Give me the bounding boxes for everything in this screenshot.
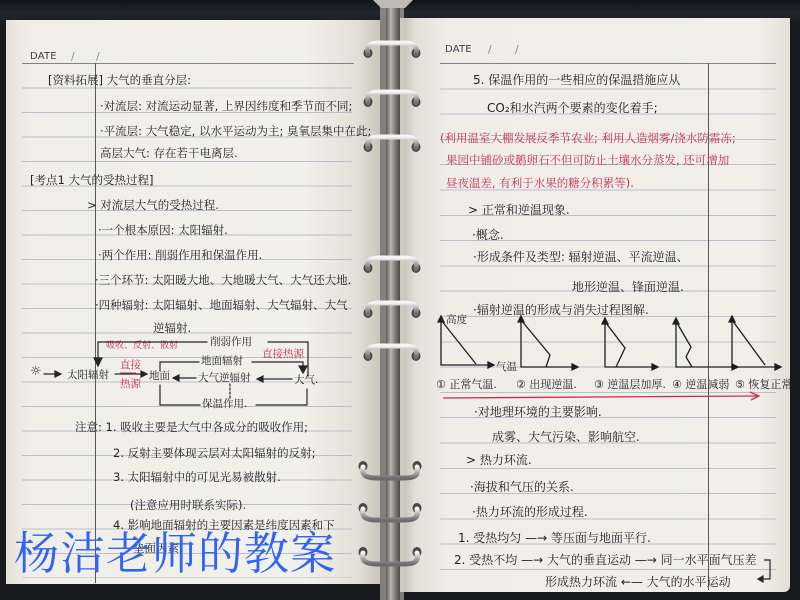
- note-line: 2. 受热不均 —→ 大气的垂直运动 —→ 同一水平面气压差: [454, 553, 757, 567]
- note-line-subheading: > 热力环流.: [466, 453, 532, 467]
- left-date-label: DATE: [30, 51, 57, 62]
- note-line: ·对流层: 对流运动显著, 上界因纬度和季节而不同;: [100, 99, 352, 113]
- note-line: ·海拔和气压的关系.: [470, 480, 574, 494]
- note-line: ·两个作用: 削弱作用和保温作用.: [98, 248, 262, 262]
- diagram-label-direct-heat-source: 直接热源: [262, 348, 304, 360]
- right-date-line: [440, 63, 776, 64]
- right-date-separator: /: [515, 43, 519, 56]
- red-note-line: 昼夜温差, 有利于水果的糖分积累等).: [446, 176, 634, 190]
- note-line-section-title: [资料拓展] 大气的垂直分层:: [48, 73, 191, 87]
- note-line: ·四种辐射: 太阳辐射、地面辐射、大气辐射、大气: [95, 298, 348, 312]
- left-date-separator: /: [71, 50, 75, 63]
- note-line: 形成热力环流 ←— 大气的水平运动: [545, 575, 731, 589]
- chart-stage-label: ⑤ 恢复正常.: [735, 378, 796, 392]
- note-line: ·对地理环境的主要影响.: [474, 405, 602, 419]
- note-line-attention: 注意: 1. 吸收主要是大气中各成分的吸收作用;: [75, 420, 308, 434]
- diagram-label-atmosphere: 大气.: [294, 374, 318, 386]
- right-date-separator: /: [488, 43, 492, 56]
- diagram-label-solar-radiation: 太阳辐射: [67, 369, 109, 381]
- red-note-line: (利用温室大棚发展反季节农业; 利用人造烟雾/浇水防霜冻;: [440, 131, 736, 145]
- watermark-text: 杨洁老师的教案: [14, 528, 336, 580]
- note-line: ·三个环节: 太阳暖大地、大地暖大气、大气还大地.: [95, 273, 351, 287]
- diagram-label-weakening: 削弱作用: [210, 336, 252, 348]
- chart-stage-label: ① 正常气温.: [436, 378, 497, 392]
- diagram-label-weakening-detail: 吸收、反射、散射: [106, 340, 178, 352]
- chart-stage-label: ③ 逆温层加厚.: [594, 378, 666, 392]
- chart-x-axis-label: 气温: [496, 360, 517, 374]
- note-line: 2. 反射主要体现云层对太阳辐射的反射;: [113, 446, 316, 460]
- left-margin-line: [95, 63, 96, 583]
- note-line: 成雾、大气污染、影响航空.: [492, 430, 640, 444]
- note-line: 5. 保温作用的一些相应的保温措施应从: [473, 73, 680, 87]
- diagram-label-ground-radiation: 地面辐射: [201, 355, 243, 367]
- note-line: ·热力环流的形成过程.: [472, 505, 588, 519]
- left-date-line: [22, 63, 354, 64]
- left-date-separator: /: [96, 50, 100, 63]
- chart-stage-label: ② 出现逆温.: [516, 378, 577, 392]
- note-line: 3. 太阳辐射中的可见光易被散射.: [113, 470, 281, 484]
- diagram-label-ground: 地面: [149, 370, 170, 382]
- diagram-label-counter-radiation: 大气逆辐射: [198, 372, 251, 384]
- note-line: 地形逆温、锋面逆温.: [572, 280, 684, 294]
- note-line: ·一个根本原因: 太阳辐射.: [98, 223, 228, 237]
- binder-spine: [386, 0, 400, 600]
- note-line-subheading: > 对流层大气的受热过程.: [87, 198, 219, 212]
- diagram-label-direct-heat-source: 热源: [120, 378, 141, 390]
- note-line: 逆辐射.: [153, 321, 191, 335]
- note-line-subheading: > 正常和逆温现象.: [468, 203, 570, 217]
- note-line-topic-heading: [考点1 大气的受热过程]: [30, 173, 153, 187]
- note-line: 1. 受热均匀 —→ 等压面与地面平行.: [458, 531, 651, 545]
- note-line: 高层大气: 存在若干电离层.: [100, 146, 238, 160]
- diagram-label-direct-heat-source: 直接: [120, 359, 141, 371]
- chart-y-axis-label: 高度: [446, 313, 467, 327]
- right-date-label: DATE: [445, 44, 472, 55]
- note-line: ·概念.: [472, 228, 504, 242]
- sun-icon: ☼: [30, 366, 42, 378]
- note-line: (注意应用时联系实际).: [130, 498, 246, 512]
- note-line: ·辐射逆温的形成与消失过程图解.: [473, 303, 649, 317]
- note-line: ·平流层: 大气稳定, 以水平运动为主; 臭氧层集中在此;: [100, 124, 371, 138]
- note-line: ·形成条件及类型: 辐射逆温、平流逆温、: [473, 250, 689, 264]
- diagram-label-insulation: 保温作用.: [202, 398, 247, 410]
- red-note-line: 果园中铺砂或鹅卵石不但可防止土壤水分蒸发, 还可增加: [446, 153, 729, 167]
- note-line: CO₂和水汽两个要素的变化着手;: [487, 101, 658, 115]
- chart-stage-label: ④ 逆温减弱: [672, 378, 729, 392]
